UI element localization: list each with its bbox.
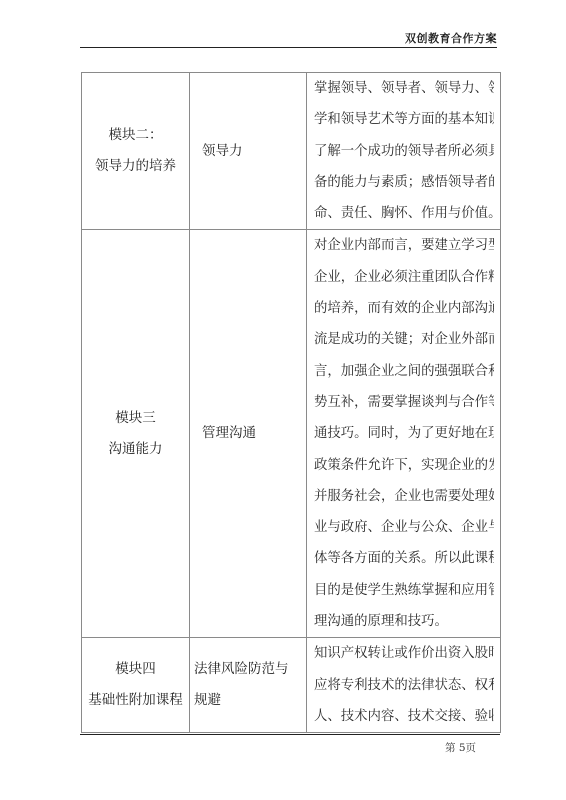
- table-row: 模块二： 领导力的培养 领导力 掌握领导、领导者、领导力、领导 学和领导艺术等方…: [82, 73, 501, 230]
- description-line: 了解一个成功的领导者所必须具: [314, 136, 494, 167]
- module-subtitle: 领导力的培养: [82, 151, 189, 182]
- description-line: 理沟通的原理和技巧。: [314, 606, 494, 637]
- description-line: 言，加强企业之间的强强联合和优: [314, 356, 494, 387]
- description-line: 备的能力与素质；感悟领导者的使: [314, 167, 494, 198]
- module-title: 模块二：: [82, 120, 189, 151]
- page-header: 双创教育合作方案: [80, 28, 497, 48]
- description-cell: 对企业内部而言，要建立学习型的 企业，企业必须注重团队合作精神 的培养，而有效的…: [307, 230, 501, 638]
- course-name: 领导力: [202, 136, 306, 167]
- description-line: 人、技术内容、技术交接、验收标: [314, 701, 494, 732]
- module-cell: 模块二： 领导力的培养: [82, 73, 190, 230]
- description-line: 流是成功的关键；对企业外部而: [314, 324, 494, 355]
- course-cell: 领导力: [190, 73, 307, 230]
- description-cell: 掌握领导、领导者、领导力、领导 学和领导艺术等方面的基本知识； 了解一个成功的领…: [307, 73, 501, 230]
- course-cell: 法律风险防范与 规避: [190, 638, 307, 733]
- course-cell: 管理沟通: [190, 230, 307, 638]
- module-cell: 模块三 沟通能力: [82, 230, 190, 638]
- description-line: 企业，企业必须注重团队合作精神: [314, 262, 494, 293]
- description-cell: 知识产权转让或作价出资入股时， 应将专利技术的法律状态、权利 人、技术内容、技术…: [307, 638, 501, 733]
- description-line: 通技巧。同时，为了更好地在现有: [314, 418, 494, 449]
- description-line: 学和领导艺术等方面的基本知识；: [314, 104, 494, 135]
- table-row: 模块四 基础性附加课程 法律风险防范与 规避 知识产权转让或作价出资入股时， 应…: [82, 638, 501, 733]
- module-subtitle: 基础性附加课程: [82, 685, 189, 716]
- module-title: 模块四: [82, 654, 189, 685]
- description-line: 目的是使学生熟练掌握和应用管: [314, 575, 494, 606]
- course-name: 管理沟通: [202, 418, 306, 449]
- description-line: 对企业内部而言，要建立学习型的: [314, 230, 494, 261]
- course-name: 法律风险防范与: [194, 654, 306, 685]
- description-line: 并服务社会，企业也需要处理好企: [314, 481, 494, 512]
- course-name-continued: 规避: [194, 685, 306, 716]
- page-footer: 第 5页: [80, 734, 500, 735]
- description-line: 掌握领导、领导者、领导力、领导: [314, 73, 494, 104]
- description-line: 业与政府、企业与公众、企业与媒: [314, 512, 494, 543]
- page-number: 第 5页: [445, 740, 476, 755]
- table-row: 模块三 沟通能力 管理沟通 对企业内部而言，要建立学习型的 企业，企业必须注重团…: [82, 230, 501, 638]
- description-line: 的培养，而有效的企业内部沟通交: [314, 293, 494, 324]
- description-line: 知识产权转让或作价出资入股时，: [314, 638, 494, 669]
- description-line: 应将专利技术的法律状态、权利: [314, 670, 494, 701]
- module-title: 模块三: [82, 403, 189, 434]
- module-cell: 模块四 基础性附加课程: [82, 638, 190, 733]
- description-line: 体等各方面的关系。所以此课程的: [314, 543, 494, 574]
- module-table: 模块二： 领导力的培养 领导力 掌握领导、领导者、领导力、领导 学和领导艺术等方…: [81, 72, 501, 733]
- document-title: 双创教育合作方案: [405, 30, 497, 46]
- description-line: 政策条件允许下，实现企业的发展: [314, 450, 494, 481]
- description-line: 命、责任、胸怀、作用与价值。: [314, 198, 494, 229]
- description-line: 势互补，需要掌握谈判与合作等沟: [314, 387, 494, 418]
- module-subtitle: 沟通能力: [82, 434, 189, 465]
